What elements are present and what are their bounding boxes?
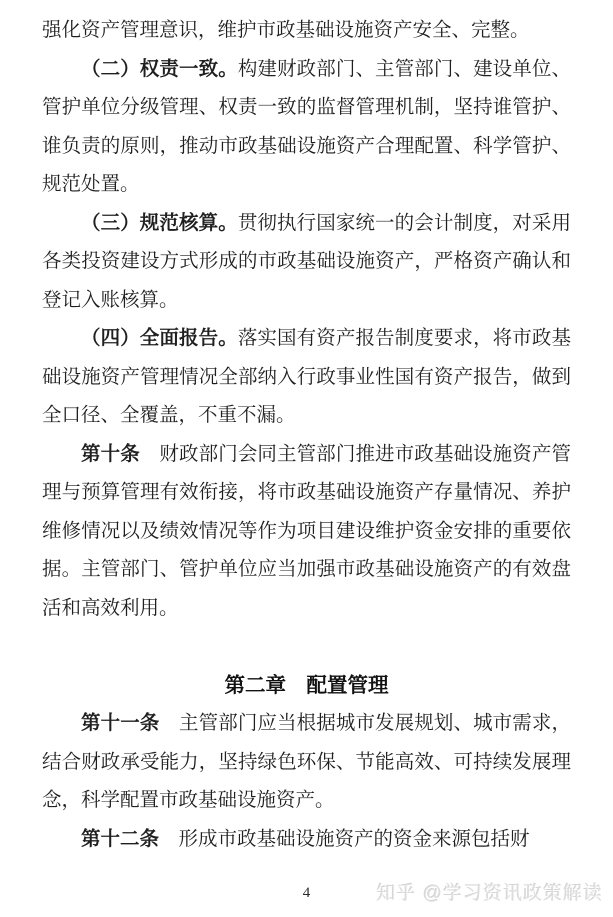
paragraph: （二）权责一致。构建财政部门、主管部门、建设单位、管护单位分级管理、权责一致的监… xyxy=(42,51,571,205)
paragraph: （三）规范核算。贯彻执行国家统一的会计制度，对采用各类投资建设方式形成的市政基础… xyxy=(42,205,571,321)
paragraph-text: 强化资产管理意识，维护市政基础设施资产安全、完整。 xyxy=(42,20,530,41)
paragraph-lead: 第十条 xyxy=(81,444,140,465)
paragraph: 第十一条 主管部门应当根据城市发展规划、城市需求，结合财政承受能力，坚持绿色环保… xyxy=(42,705,571,821)
document-page: 强化资产管理意识，维护市政基础设施资产安全、完整。 （二）权责一致。构建财政部门… xyxy=(0,0,613,917)
document-body: 强化资产管理意识，维护市政基础设施资产安全、完整。 （二）权责一致。构建财政部门… xyxy=(42,12,571,859)
paragraph-lead: （二）权责一致。 xyxy=(81,59,238,80)
paragraph-text: 形成市政基础设施资产的资金来源包括财 xyxy=(159,829,530,850)
paragraph-lead: （四）全面报告。 xyxy=(81,328,238,349)
paragraph: 第十条 财政部门会同主管部门推进市政基础设施资产管理与预算管理有效衔接，将市政基… xyxy=(42,436,571,629)
paragraph: 强化资产管理意识，维护市政基础设施资产安全、完整。 xyxy=(42,12,571,51)
paragraph-lead: 第十一条 xyxy=(81,713,159,734)
paragraph: （四）全面报告。落实国有资产报告制度要求，将市政基础设施资产管理情况全部纳入行政… xyxy=(42,320,571,436)
chapter-heading: 第二章 配置管理 xyxy=(42,667,571,706)
watermark: 知乎 @学习资讯政策解读 xyxy=(376,884,603,904)
paragraph-text: 财政部门会同主管部门推进市政基础设施资产管理与预算管理有效衔接，将市政基础设施资… xyxy=(42,444,571,619)
paragraph-lead: 第十二条 xyxy=(81,829,159,850)
paragraph-lead: （三）规范核算。 xyxy=(81,213,238,234)
paragraph: 第十二条 形成市政基础设施资产的资金来源包括财 xyxy=(42,821,571,860)
